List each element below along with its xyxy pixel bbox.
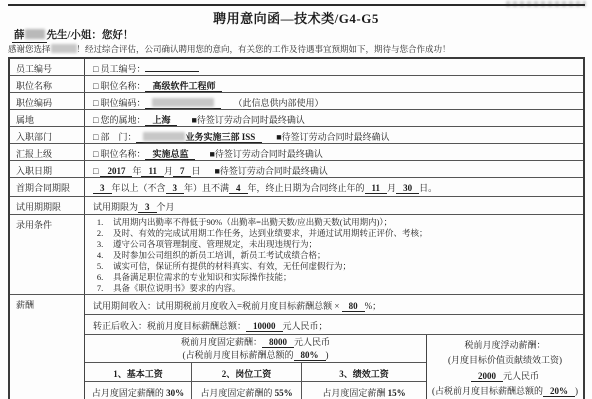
condition-text: 诚实可信，保证所有提供的材料真实、有效，无任何虚假行为； bbox=[113, 261, 351, 272]
field-label: 部 门： bbox=[100, 132, 136, 142]
row-content: □职位名称：高级软件工程师 bbox=[85, 76, 583, 92]
fixed-salary-text: 税前月度固定薪酬： bbox=[181, 337, 262, 347]
field-label: 职位名称： bbox=[100, 149, 145, 159]
row-content: □职位编码：（此信息供内部使用） bbox=[85, 93, 583, 109]
field-label: 职位名称： bbox=[100, 81, 145, 91]
ratio-value: 15% bbox=[388, 388, 406, 398]
row-label: 薪酬 bbox=[10, 295, 85, 399]
condition-number: 3. bbox=[87, 239, 113, 250]
contract-text: 日。 bbox=[419, 183, 437, 193]
row-probation-term: 试用期期限 试用期限为3个月 bbox=[10, 197, 583, 215]
row-supervisor: 汇报上级 □职位名称：实施总监■待签订劳动合同时最终确认 bbox=[10, 144, 583, 161]
condition-item: 6.具备满足职位需求的专业知识和实际操作技能； bbox=[87, 272, 579, 283]
employee-id-blank bbox=[145, 63, 199, 72]
row-position-name: 职位名称 □职位名称：高级软件工程师 bbox=[10, 76, 583, 93]
regular-income-line: 转正后收入：税前月度目标薪酬总额：10000元人民币； bbox=[85, 315, 583, 335]
condition-item: 2.及时、有效的完成试用期工作任务，达到业绩要求，并通过试用期转正评价、考核； bbox=[87, 228, 579, 239]
component-headers-row: 1、基本工资 2、岗位工资 3、绩效工资 bbox=[85, 363, 426, 382]
contract-text: 年，终止日期为合同终止年的 bbox=[248, 183, 365, 193]
component-ratio-performance: 占月度固定薪酬 15% bbox=[302, 382, 426, 399]
row-hiring-conditions: 录用条件 1.试用期内出勤率不得低于90%（出勤率=出勤天数/应出勤天数(试用期… bbox=[10, 215, 583, 295]
probation-months: 3 bbox=[138, 202, 157, 213]
recipient-surname: 薛 bbox=[14, 30, 25, 41]
position-name-value: 高级软件工程师 bbox=[145, 81, 222, 92]
condition-number: 4. bbox=[87, 250, 113, 261]
field-label: 您的属地： bbox=[100, 115, 145, 125]
fixed-ratio-suffix: ) bbox=[326, 350, 329, 360]
redacted-name bbox=[25, 29, 45, 39]
probation-income-suffix: %； bbox=[365, 301, 382, 311]
row-start-date: 入职日期 □2017年11月7日■待签订劳动合同时最终确认 bbox=[10, 161, 583, 178]
component-header-basic: 1、基本工资 bbox=[85, 363, 192, 381]
probation-income-line: 试用期间收入：试用期税前月度收入=税前月度目标薪酬总额 × 80%； bbox=[85, 295, 583, 315]
fixed-salary-amount: 8000 bbox=[262, 337, 294, 348]
component-header-post: 2、岗位工资 bbox=[192, 363, 302, 381]
contract-end-month: 11 bbox=[365, 183, 388, 194]
salary-breakdown: 税前月度固定薪酬：8000元人民币 (占税前月度目标薪酬总额的80%) 1、基本… bbox=[85, 335, 583, 399]
row-label: 录用条件 bbox=[10, 215, 85, 294]
floating-salary-cell: 税前月度浮动薪酬： (月度目标价值贡献绩效工资) 2000元人民币 (占税前月度… bbox=[427, 335, 583, 399]
row-label: 员工编号 bbox=[10, 59, 85, 75]
field-label: 员工编号： bbox=[100, 64, 145, 74]
component-ratio-post: 占月度固定薪酬的 55% bbox=[192, 382, 302, 399]
condition-number: 7. bbox=[87, 283, 113, 294]
top-rule bbox=[8, 4, 585, 6]
offer-details-table: 员工编号 □员工编号： 职位名称 □职位名称：高级软件工程师 职位编码 □职位编… bbox=[8, 57, 585, 399]
row-content: □职位名称：实施总监■待签订劳动合同时最终确认 bbox=[85, 144, 583, 160]
condition-item: 4.及时参加公司组织的新员工培训，新员工考试成绩合格； bbox=[87, 250, 579, 261]
day-unit: 日 bbox=[191, 166, 200, 176]
row-employee-id: 员工编号 □员工编号： bbox=[10, 59, 583, 76]
intro-before: 感谢您选择 bbox=[8, 44, 51, 54]
location-value: 上海 bbox=[145, 115, 177, 126]
row-content: □部 门：业务实施三部 ISS■待签订劳动合同时最终确认 bbox=[85, 127, 583, 143]
checkbox-icon: □ bbox=[93, 98, 98, 108]
condition-number: 1. bbox=[87, 217, 113, 228]
contract-years-max: 4 bbox=[229, 183, 248, 194]
component-header-performance: 3、绩效工资 bbox=[302, 363, 426, 381]
regular-income-text: 转正后收入：税前月度目标薪酬总额： bbox=[93, 321, 246, 331]
row-label: 试用期期限 bbox=[10, 197, 85, 214]
row-label: 入职日期 bbox=[10, 161, 85, 177]
regular-income-suffix: 元人民币； bbox=[283, 321, 328, 331]
condition-item: 1.试用期内出勤率不得低于90%（出勤率=出勤天数/应出勤天数(试用期内)）； bbox=[87, 217, 579, 228]
ratio-value: 55% bbox=[275, 388, 293, 398]
contract-text: 月 bbox=[387, 183, 396, 193]
row-department: 入职部门 □部 门：业务实施三部 ISS■待签订劳动合同时最终确认 bbox=[10, 127, 583, 144]
contract-text: 年）且不满 bbox=[184, 183, 229, 193]
floating-salary-amount: 2000 bbox=[471, 371, 503, 382]
contract-end-day: 30 bbox=[396, 183, 419, 194]
condition-number: 5. bbox=[87, 261, 113, 272]
component-ratio-basic: 占月度固定薪酬的 30% bbox=[85, 382, 192, 399]
contract-text: 年以上（不含 bbox=[112, 183, 166, 193]
floating-ratio-line: (占税前月度目标薪酬总额的20%) bbox=[427, 384, 583, 398]
condition-item: 7.具备《职位说明书》要求的内容。 bbox=[87, 283, 579, 294]
condition-number: 6. bbox=[87, 272, 113, 283]
salary-content: 试用期间收入：试用期税前月度收入=税前月度目标薪酬总额 × 80%； 转正后收入… bbox=[85, 295, 583, 399]
row-position-code: 职位编码 □职位编码：（此信息供内部使用） bbox=[10, 93, 583, 110]
row-label: 属地 bbox=[10, 110, 85, 126]
condition-text: 试用期内出勤率不得低于90%（出勤率=出勤天数/应出勤天数(试用期内)）； bbox=[113, 217, 392, 228]
condition-item: 5.诚实可信，保证所有提供的材料真实、有效，无任何虚假行为； bbox=[87, 261, 579, 272]
fixed-ratio-text: (占税前月度目标薪酬总额的 bbox=[183, 350, 294, 360]
checkbox-icon: □ bbox=[93, 115, 98, 125]
ratio-label: 占月度固定薪酬 bbox=[322, 388, 385, 398]
row-location: 属地 □您的属地：上海■待签订劳动合同时最终确认 bbox=[10, 110, 583, 127]
fixed-salary-section: 税前月度固定薪酬：8000元人民币 (占税前月度目标薪酬总额的80%) 1、基本… bbox=[85, 335, 427, 399]
fixed-ratio-percent: 80% bbox=[294, 350, 326, 361]
floating-salary-suffix: 元人民币 bbox=[503, 371, 539, 381]
row-label: 入职部门 bbox=[10, 127, 85, 143]
row-content: □2017年11月7日■待签订劳动合同时最终确认 bbox=[85, 161, 583, 177]
fixed-salary-suffix: 元人民币 bbox=[294, 337, 330, 347]
row-label: 职位编码 bbox=[10, 93, 85, 109]
floating-ratio-percent: 20% bbox=[543, 386, 575, 397]
checkbox-icon: □ bbox=[93, 166, 98, 176]
contract-years-excl: 3 bbox=[166, 183, 185, 194]
intro-after: ！经过综合评估，公司确认聘用您的意向，有关您的工作及待遇事宜预期如下，期待与您合… bbox=[77, 44, 451, 54]
contract-years-min: 3 bbox=[93, 183, 112, 194]
start-month: 11 bbox=[141, 166, 164, 177]
floating-salary-title: 税前月度浮动薪酬： bbox=[427, 338, 583, 352]
redacted-department-prefix bbox=[143, 132, 185, 141]
floating-salary-subtitle: (月度目标价值贡献绩效工资) bbox=[427, 353, 583, 367]
row-content: □员工编号： bbox=[85, 59, 583, 75]
department-text: 业务实施三部 ISS bbox=[185, 132, 255, 142]
ratio-label: 占月度固定薪酬的 bbox=[200, 388, 272, 398]
condition-text: 遵守公司各项管理制度、管理规定，未出现违规行为； bbox=[113, 239, 317, 250]
confirm-note: ■待签订劳动合同时最终确认 bbox=[191, 115, 304, 125]
condition-text: 及时参加公司组织的新员工培训，新员工考试成绩合格； bbox=[113, 250, 326, 261]
redacted-company-name bbox=[51, 44, 77, 53]
condition-text: 及时、有效的完成试用期工作任务，达到业绩要求，并通过试用期转正评价、考核； bbox=[113, 228, 428, 239]
redacted-position-code bbox=[152, 98, 214, 107]
ratio-label: 占月度固定薪酬的 bbox=[92, 388, 164, 398]
condition-text: 具备《职位说明书》要求的内容。 bbox=[113, 283, 241, 294]
probation-text: 试用期限为 bbox=[93, 202, 138, 212]
document-title: 聘用意向函—技术类/G4-G5 bbox=[0, 8, 592, 27]
fixed-salary-line1: 税前月度固定薪酬：8000元人民币 bbox=[85, 336, 426, 348]
condition-number: 2. bbox=[87, 228, 113, 239]
probation-income-text: 试用期间收入：试用期税前月度收入=税前月度目标薪酬总额 × bbox=[93, 301, 339, 311]
probation-unit: 个月 bbox=[157, 202, 175, 212]
supervisor-value: 实施总监 bbox=[145, 149, 195, 160]
row-label: 首期合同期限 bbox=[10, 178, 85, 196]
floating-ratio-suffix: ) bbox=[575, 386, 578, 396]
field-label: 职位编码： bbox=[100, 98, 145, 108]
intro-paragraph: 感谢您选择！经过综合评估，公司确认聘用您的意向，有关您的工作及待遇事宜预期如下，… bbox=[8, 43, 586, 55]
row-content: 试用期限为3个月 bbox=[85, 197, 583, 214]
floating-salary-amount-line: 2000元人民币 bbox=[427, 369, 583, 383]
position-code-value bbox=[145, 98, 221, 109]
offer-letter-document: 聘用意向函—技术类/G4-G5 薛先生/小姐：您好！ 感谢您选择！经过综合评估，… bbox=[0, 0, 592, 399]
fixed-salary-cell: 税前月度固定薪酬：8000元人民币 (占税前月度目标薪酬总额的80%) bbox=[85, 335, 426, 363]
start-day: 7 bbox=[173, 166, 192, 177]
checkbox-icon: □ bbox=[93, 64, 98, 74]
confirm-note: ■待签订劳动合同时最终确认 bbox=[276, 132, 389, 142]
checkbox-icon: □ bbox=[93, 149, 98, 159]
greeting-text: 先生/小姐：您好！ bbox=[47, 30, 134, 41]
ratio-value: 30% bbox=[166, 388, 184, 398]
checkbox-icon: □ bbox=[93, 81, 98, 91]
department-value: 业务实施三部 ISS bbox=[136, 132, 262, 143]
condition-item: 3.遵守公司各项管理制度、管理规定，未出现违规行为； bbox=[87, 239, 579, 250]
internal-use-note: （此信息供内部使用） bbox=[233, 98, 323, 108]
confirm-note: ■待签订劳动合同时最终确认 bbox=[215, 166, 328, 176]
condition-text: 具备满足职位需求的专业知识和实际操作技能； bbox=[113, 272, 292, 283]
row-label: 职位名称 bbox=[10, 76, 85, 92]
conditions-list: 1.试用期内出勤率不得低于90%（出勤率=出勤天数/应出勤天数(试用期内)）； … bbox=[85, 215, 583, 294]
row-content: □您的属地：上海■待签订劳动合同时最终确认 bbox=[85, 110, 583, 126]
component-ratios-row: 占月度固定薪酬的 30% 占月度固定薪酬的 55% 占月度固定薪酬 15% bbox=[85, 382, 426, 399]
row-contract-term: 首期合同期限 3年以上（不含3年）且不满4年，终止日期为合同终止年的11月30日… bbox=[10, 178, 583, 197]
month-unit: 月 bbox=[164, 166, 173, 176]
row-salary: 薪酬 试用期间收入：试用期税前月度收入=税前月度目标薪酬总额 × 80%； 转正… bbox=[10, 295, 583, 399]
fixed-salary-line2: (占税前月度目标薪酬总额的80%) bbox=[85, 349, 426, 361]
greeting-line: 薛先生/小姐：您好！ bbox=[12, 27, 133, 42]
probation-income-percent: 80 bbox=[342, 301, 365, 312]
checkbox-icon: □ bbox=[93, 132, 98, 142]
row-label: 汇报上级 bbox=[10, 144, 85, 160]
start-year: 2017 bbox=[100, 166, 132, 177]
confirm-note: ■待签订劳动合同时最终确认 bbox=[209, 149, 322, 159]
floating-ratio-text: (占税前月度目标薪酬总额的 bbox=[432, 386, 543, 396]
row-content: 3年以上（不含3年）且不满4年，终止日期为合同终止年的11月30日。 bbox=[85, 178, 583, 196]
regular-income-amount: 10000 bbox=[246, 321, 283, 332]
